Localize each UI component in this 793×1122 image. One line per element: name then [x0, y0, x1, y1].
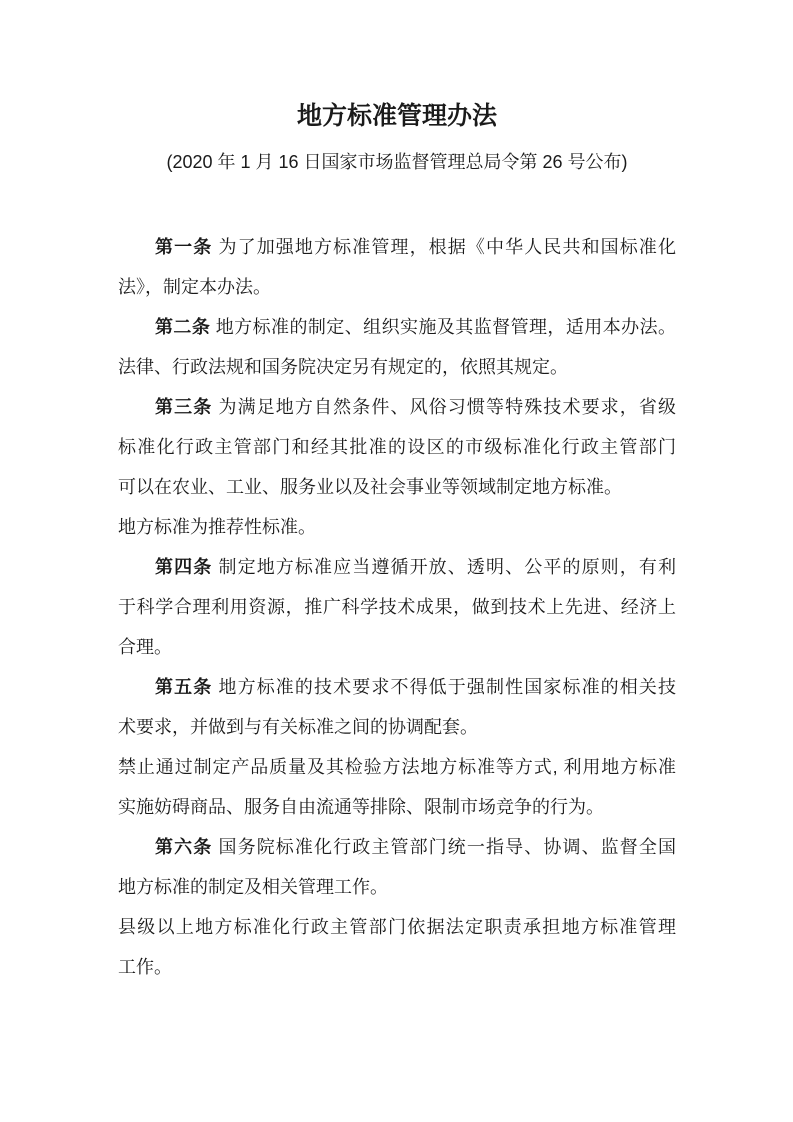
- document-line: 地方标准的制定及相关管理工作。: [118, 867, 676, 907]
- document-body: 第一条 为了加强地方标准管理，根据《中华人民共和国标准化法》，制定本办法。第二条…: [118, 227, 676, 987]
- document-subtitle: (2020 年 1 月 16 日国家市场监督管理总局令第 26 号公布): [118, 142, 676, 182]
- document-line: 术要求，并做到与有关标准之间的协调配套。: [118, 707, 676, 747]
- document-line: 可以在农业、工业、服务业以及社会事业等领域制定地方标准。: [118, 467, 676, 507]
- document-line: 法律、行政法规和国务院决定另有规定的，依照其规定。: [118, 347, 676, 387]
- article-number: 第三条: [155, 397, 212, 417]
- document-line: 第一条 为了加强地方标准管理，根据《中华人民共和国标准化: [118, 227, 676, 267]
- document-line: 标准化行政主管部门和经其批准的设区的市级标准化行政主管部门: [118, 427, 676, 467]
- article-number: 第六条: [155, 837, 212, 857]
- document-line: 实施妨碍商品、服务自由流通等排除、限制市场竞争的行为。: [118, 787, 676, 827]
- document-title: 地方标准管理办法: [118, 96, 676, 136]
- document-line: 第五条 地方标准的技术要求不得低于强制性国家标准的相关技: [118, 667, 676, 707]
- article-number: 第一条: [155, 237, 212, 257]
- document-line: 合理。: [118, 627, 676, 667]
- document-line: 第三条 为满足地方自然条件、风俗习惯等特殊技术要求，省级: [118, 387, 676, 427]
- document-line: 于科学合理利用资源，推广科学技术成果，做到技术上先进、经济上: [118, 587, 676, 627]
- article-number: 第五条: [155, 677, 212, 697]
- document-line: 禁止通过制定产品质量及其检验方法地方标准等方式, 利用地方标准: [118, 747, 676, 787]
- document-line: 工作。: [118, 947, 676, 987]
- document-line: 县级以上地方标准化行政主管部门依据法定职责承担地方标准管理: [118, 907, 676, 947]
- document-line: 第二条 地方标准的制定、组织实施及其监督管理，适用本办法。: [118, 307, 676, 347]
- document-content: 地方标准管理办法 (2020 年 1 月 16 日国家市场监督管理总局令第 26…: [118, 96, 676, 987]
- document-page: 地方标准管理办法 (2020 年 1 月 16 日国家市场监督管理总局令第 26…: [0, 0, 793, 1122]
- article-number: 第二条: [155, 317, 210, 337]
- document-line: 法》，制定本办法。: [118, 267, 676, 307]
- document-line: 地方标准为推荐性标准。: [118, 507, 676, 547]
- document-line: 第四条 制定地方标准应当遵循开放、透明、公平的原则，有利: [118, 547, 676, 587]
- document-line: 第六条 国务院标准化行政主管部门统一指导、协调、监督全国: [118, 827, 676, 867]
- article-number: 第四条: [155, 557, 212, 577]
